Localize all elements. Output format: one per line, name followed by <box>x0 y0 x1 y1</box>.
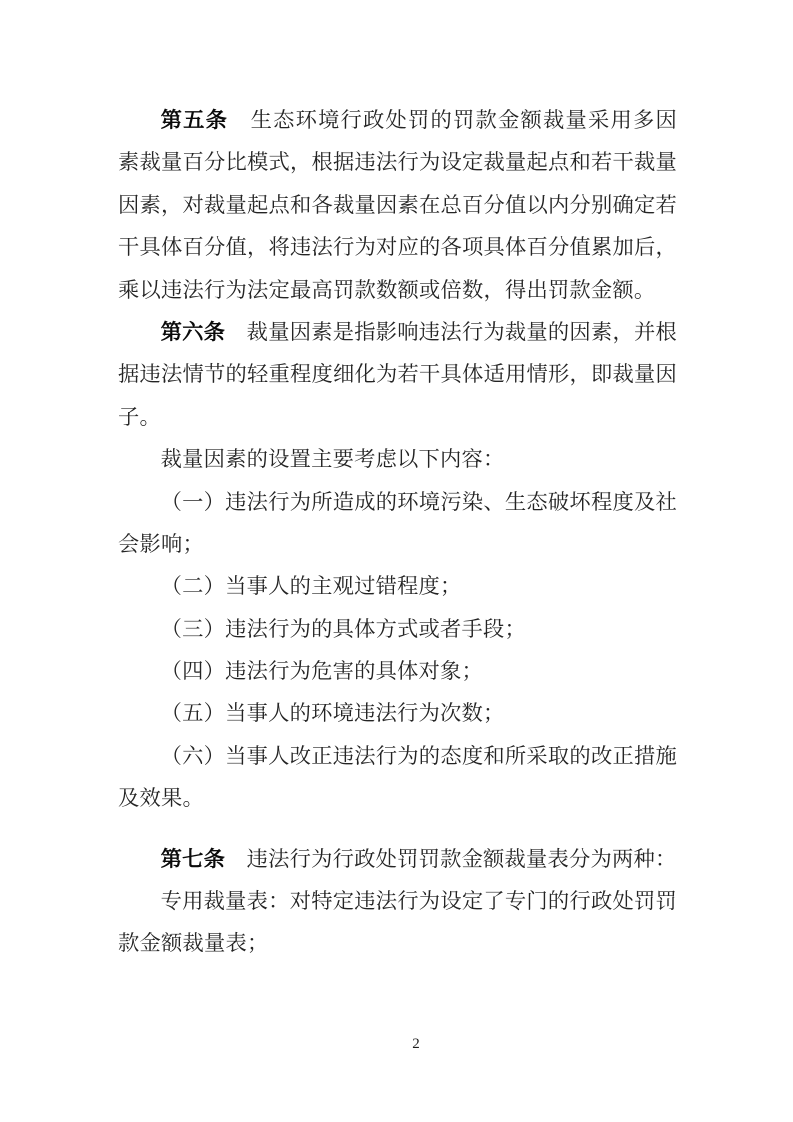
document-line: （六）当事人改正违法行为的态度和所采取的改正措施 <box>118 735 677 777</box>
page-number-footer: 2 <box>0 1034 793 1054</box>
document-line: 素裁量百分比模式，根据违法行为设定裁量起点和若干裁量 <box>118 141 677 183</box>
document-line: 会影响； <box>118 523 677 565</box>
line-text: 及效果。 <box>118 786 204 810</box>
document-page: 第五条 生态环境行政处罚的罚款金额裁量采用多因 素裁量百分比模式，根据违法行为设… <box>0 0 793 1122</box>
line-text: （四）违法行为危害的具体对象； <box>161 659 483 683</box>
line-text: 子。 <box>118 405 161 429</box>
document-line: 干具体百分值，将违法行为对应的各项具体百分值累加后， <box>118 226 677 268</box>
document-line: （一）违法行为所造成的环境污染、生态破坏程度及社 <box>118 481 677 523</box>
document-line: 乘以违法行为法定最高罚款数额或倍数，得出罚款金额。 <box>118 269 677 311</box>
line-text: 专用裁量表：对特定违法行为设定了专门的行政处罚罚 <box>161 889 677 913</box>
document-line: 据违法情节的轻重程度细化为若干具体适用情形，即裁量因 <box>118 353 677 395</box>
document-line: 及效果。 <box>118 777 677 819</box>
document-line: 专用裁量表：对特定违法行为设定了专门的行政处罚罚 <box>118 880 677 922</box>
text-block: 第五条 生态环境行政处罚的罚款金额裁量采用多因 素裁量百分比模式，根据违法行为设… <box>118 99 677 965</box>
document-line: 第六条 裁量因素是指影响违法行为裁量的因素，并根 <box>118 311 677 353</box>
line-text: 违法行为行政处罚罚款金额裁量表分为两种： <box>247 847 677 871</box>
article-number-label: 第五条 <box>161 108 251 132</box>
line-text: （一）违法行为所造成的环境污染、生态破坏程度及社 <box>161 490 677 514</box>
article-number-label: 第六条 <box>161 320 247 344</box>
line-text: 生态环境行政处罚的罚款金额裁量采用多因 <box>251 108 677 132</box>
line-text: 因素，对裁量起点和各裁量因素在总百分值以内分别确定若 <box>118 193 677 217</box>
line-text: 素裁量百分比模式，根据违法行为设定裁量起点和若干裁量 <box>118 150 677 174</box>
document-line: 第五条 生态环境行政处罚的罚款金额裁量采用多因 <box>118 99 677 141</box>
line-text: 干具体百分值，将违法行为对应的各项具体百分值累加后， <box>118 235 677 259</box>
line-text: 据违法情节的轻重程度细化为若干具体适用情形，即裁量因 <box>118 362 677 386</box>
page-number: 2 <box>412 1036 420 1052</box>
document-line: （四）违法行为危害的具体对象； <box>118 650 677 692</box>
line-text: （三）违法行为的具体方式或者手段； <box>161 617 526 641</box>
line-text: 款金额裁量表； <box>118 931 268 955</box>
document-line: （五）当事人的环境违法行为次数； <box>118 692 677 734</box>
line-text: 乘以违法行为法定最高罚款数额或倍数，得出罚款金额。 <box>118 278 655 302</box>
document-line: 裁量因素的设置主要考虑以下内容： <box>118 438 677 480</box>
line-text: 裁量因素的设置主要考虑以下内容： <box>161 447 505 471</box>
line-text: （二）当事人的主观过错程度； <box>161 574 462 598</box>
document-line: 因素，对裁量起点和各裁量因素在总百分值以内分别确定若 <box>118 184 677 226</box>
line-text: （六）当事人改正违法行为的态度和所采取的改正措施 <box>161 744 677 768</box>
document-line: 子。 <box>118 396 677 438</box>
line-text: 裁量因素是指影响违法行为裁量的因素，并根 <box>247 320 677 344</box>
document-line: 第七条 违法行为行政处罚罚款金额裁量表分为两种： <box>118 838 677 880</box>
document-line: 款金额裁量表； <box>118 922 677 964</box>
article-number-label: 第七条 <box>161 847 247 871</box>
line-text: （五）当事人的环境违法行为次数； <box>161 701 505 725</box>
document-line: （三）违法行为的具体方式或者手段； <box>118 608 677 650</box>
document-line: （二）当事人的主观过错程度； <box>118 565 677 607</box>
line-text: 会影响； <box>118 532 204 556</box>
